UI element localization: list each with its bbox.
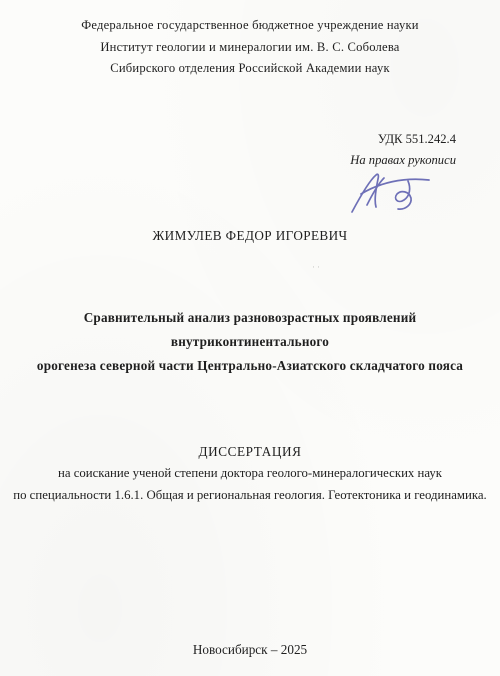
degree-line: на соискание ученой степени доктора геол… (0, 466, 500, 481)
udk-code: УДК 551.242.4 (378, 132, 456, 147)
author-name: ЖИМУЛЕВ ФЕДОР ИГОРЕВИЧ (0, 228, 500, 244)
dissertation-title-page: Федеральное государственное бюджетное уч… (0, 0, 500, 676)
institution-line-2: Институт геологии и минералогии им. В. С… (0, 37, 500, 59)
institution-line-3: Сибирского отделения Российской Академии… (0, 58, 500, 80)
manuscript-rights-note: На правах рукописи (350, 153, 456, 168)
institution-header: Федеральное государственное бюджетное уч… (0, 15, 500, 80)
title-line-1: Сравнительный анализ разновозрастных про… (28, 306, 472, 354)
dissertation-heading: ДИССЕРТАЦИЯ (0, 444, 500, 460)
institution-line-1: Федеральное государственное бюджетное уч… (0, 15, 500, 37)
signature-icon (345, 167, 440, 219)
city-year: Новосибирск – 2025 (0, 642, 500, 658)
specialty-line: по специальности 1.6.1. Общая и регионал… (0, 488, 500, 503)
title-line-2: орогенеза северной части Центрально-Азиа… (28, 354, 472, 378)
dissertation-title: Сравнительный анализ разновозрастных про… (0, 306, 500, 378)
scan-artifact-speck: ·· (312, 262, 322, 272)
